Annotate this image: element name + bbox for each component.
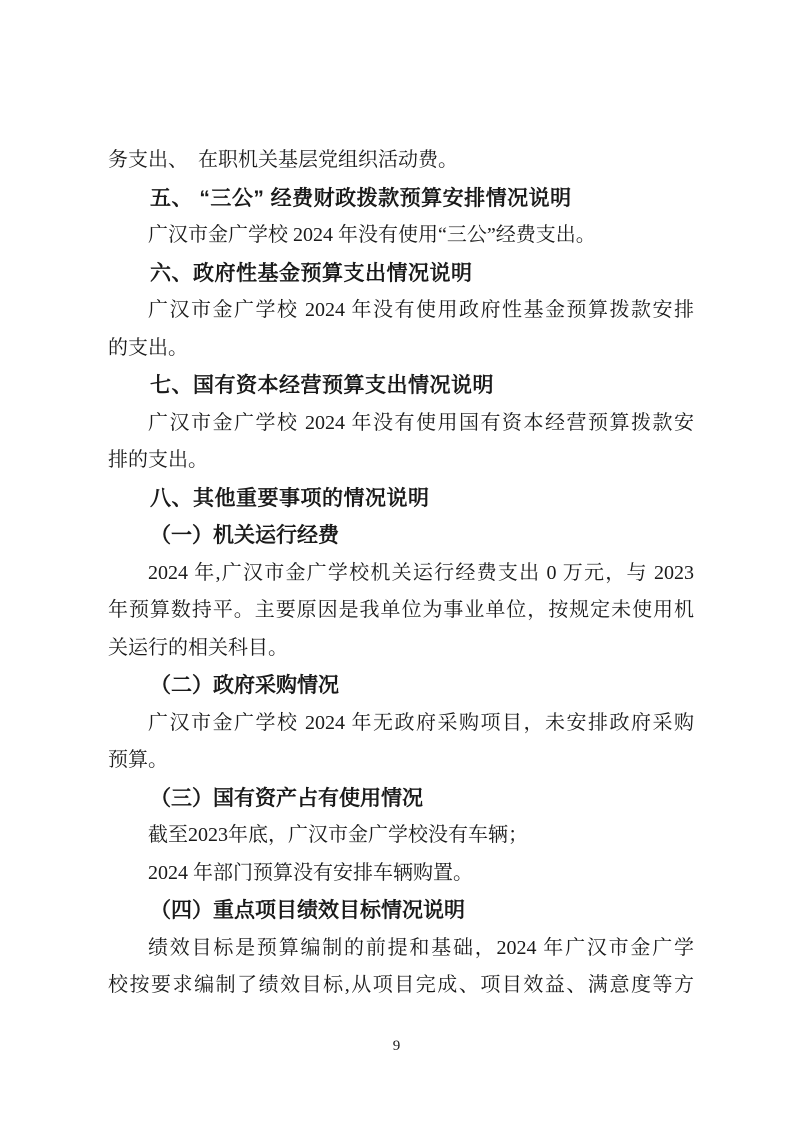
body-line: 广汉市金广学校 2024 年无政府采购项目，未安排政府采购 [108, 705, 694, 743]
subsection-heading-2: （二）政府采购情况 [108, 667, 694, 705]
page-number: 9 [0, 1034, 793, 1058]
section-heading-7: 七、国有资本经营预算支出情况说明 [108, 367, 694, 405]
body-line: 年预算数持平。主要原因是我单位为事业单位，按规定未使用机 [108, 592, 694, 630]
text-block: 务支出、 在职机关基层党组织活动费。 五、 “三公” 经费财政拨款预算安排情况说… [108, 142, 694, 1005]
body-line: 2024 年部门预算没有安排车辆购置。 [108, 855, 694, 893]
body-line: 校按要求编制了绩效目标,从项目完成、项目效益、满意度等方 [108, 967, 694, 1005]
body-line: 排的支出。 [108, 442, 694, 480]
body-line: 绩效目标是预算编制的前提和基础，2024 年广汉市金广学 [108, 930, 694, 968]
subsection-heading-4: （四）重点项目绩效目标情况说明 [108, 892, 694, 930]
body-line: 的支出。 [108, 330, 694, 368]
body-line: 务支出、 在职机关基层党组织活动费。 [108, 142, 694, 180]
body-line: 2024 年,广汉市金广学校机关运行经费支出 0 万元，与 2023 [108, 555, 694, 593]
section-heading-6: 六、政府性基金预算支出情况说明 [108, 255, 694, 293]
subsection-heading-1: （一）机关运行经费 [108, 517, 694, 555]
body-line: 关运行的相关科目。 [108, 630, 694, 668]
subsection-heading-3: （三）国有资产占有使用情况 [108, 780, 694, 818]
section-heading-8: 八、其他重要事项的情况说明 [108, 480, 694, 518]
body-line: 截至2023年底，广汉市金广学校没有车辆； [108, 817, 694, 855]
body-line: 广汉市金广学校 2024 年没有使用国有资本经营预算拨款安 [108, 405, 694, 443]
body-line: 广汉市金广学校 2024 年没有使用“三公”经费支出。 [108, 217, 694, 255]
document-page: 务支出、 在职机关基层党组织活动费。 五、 “三公” 经费财政拨款预算安排情况说… [0, 0, 793, 1122]
section-heading-5: 五、 “三公” 经费财政拨款预算安排情况说明 [108, 180, 694, 218]
body-line: 预算。 [108, 742, 694, 780]
body-line: 广汉市金广学校 2024 年没有使用政府性基金预算拨款安排 [108, 292, 694, 330]
